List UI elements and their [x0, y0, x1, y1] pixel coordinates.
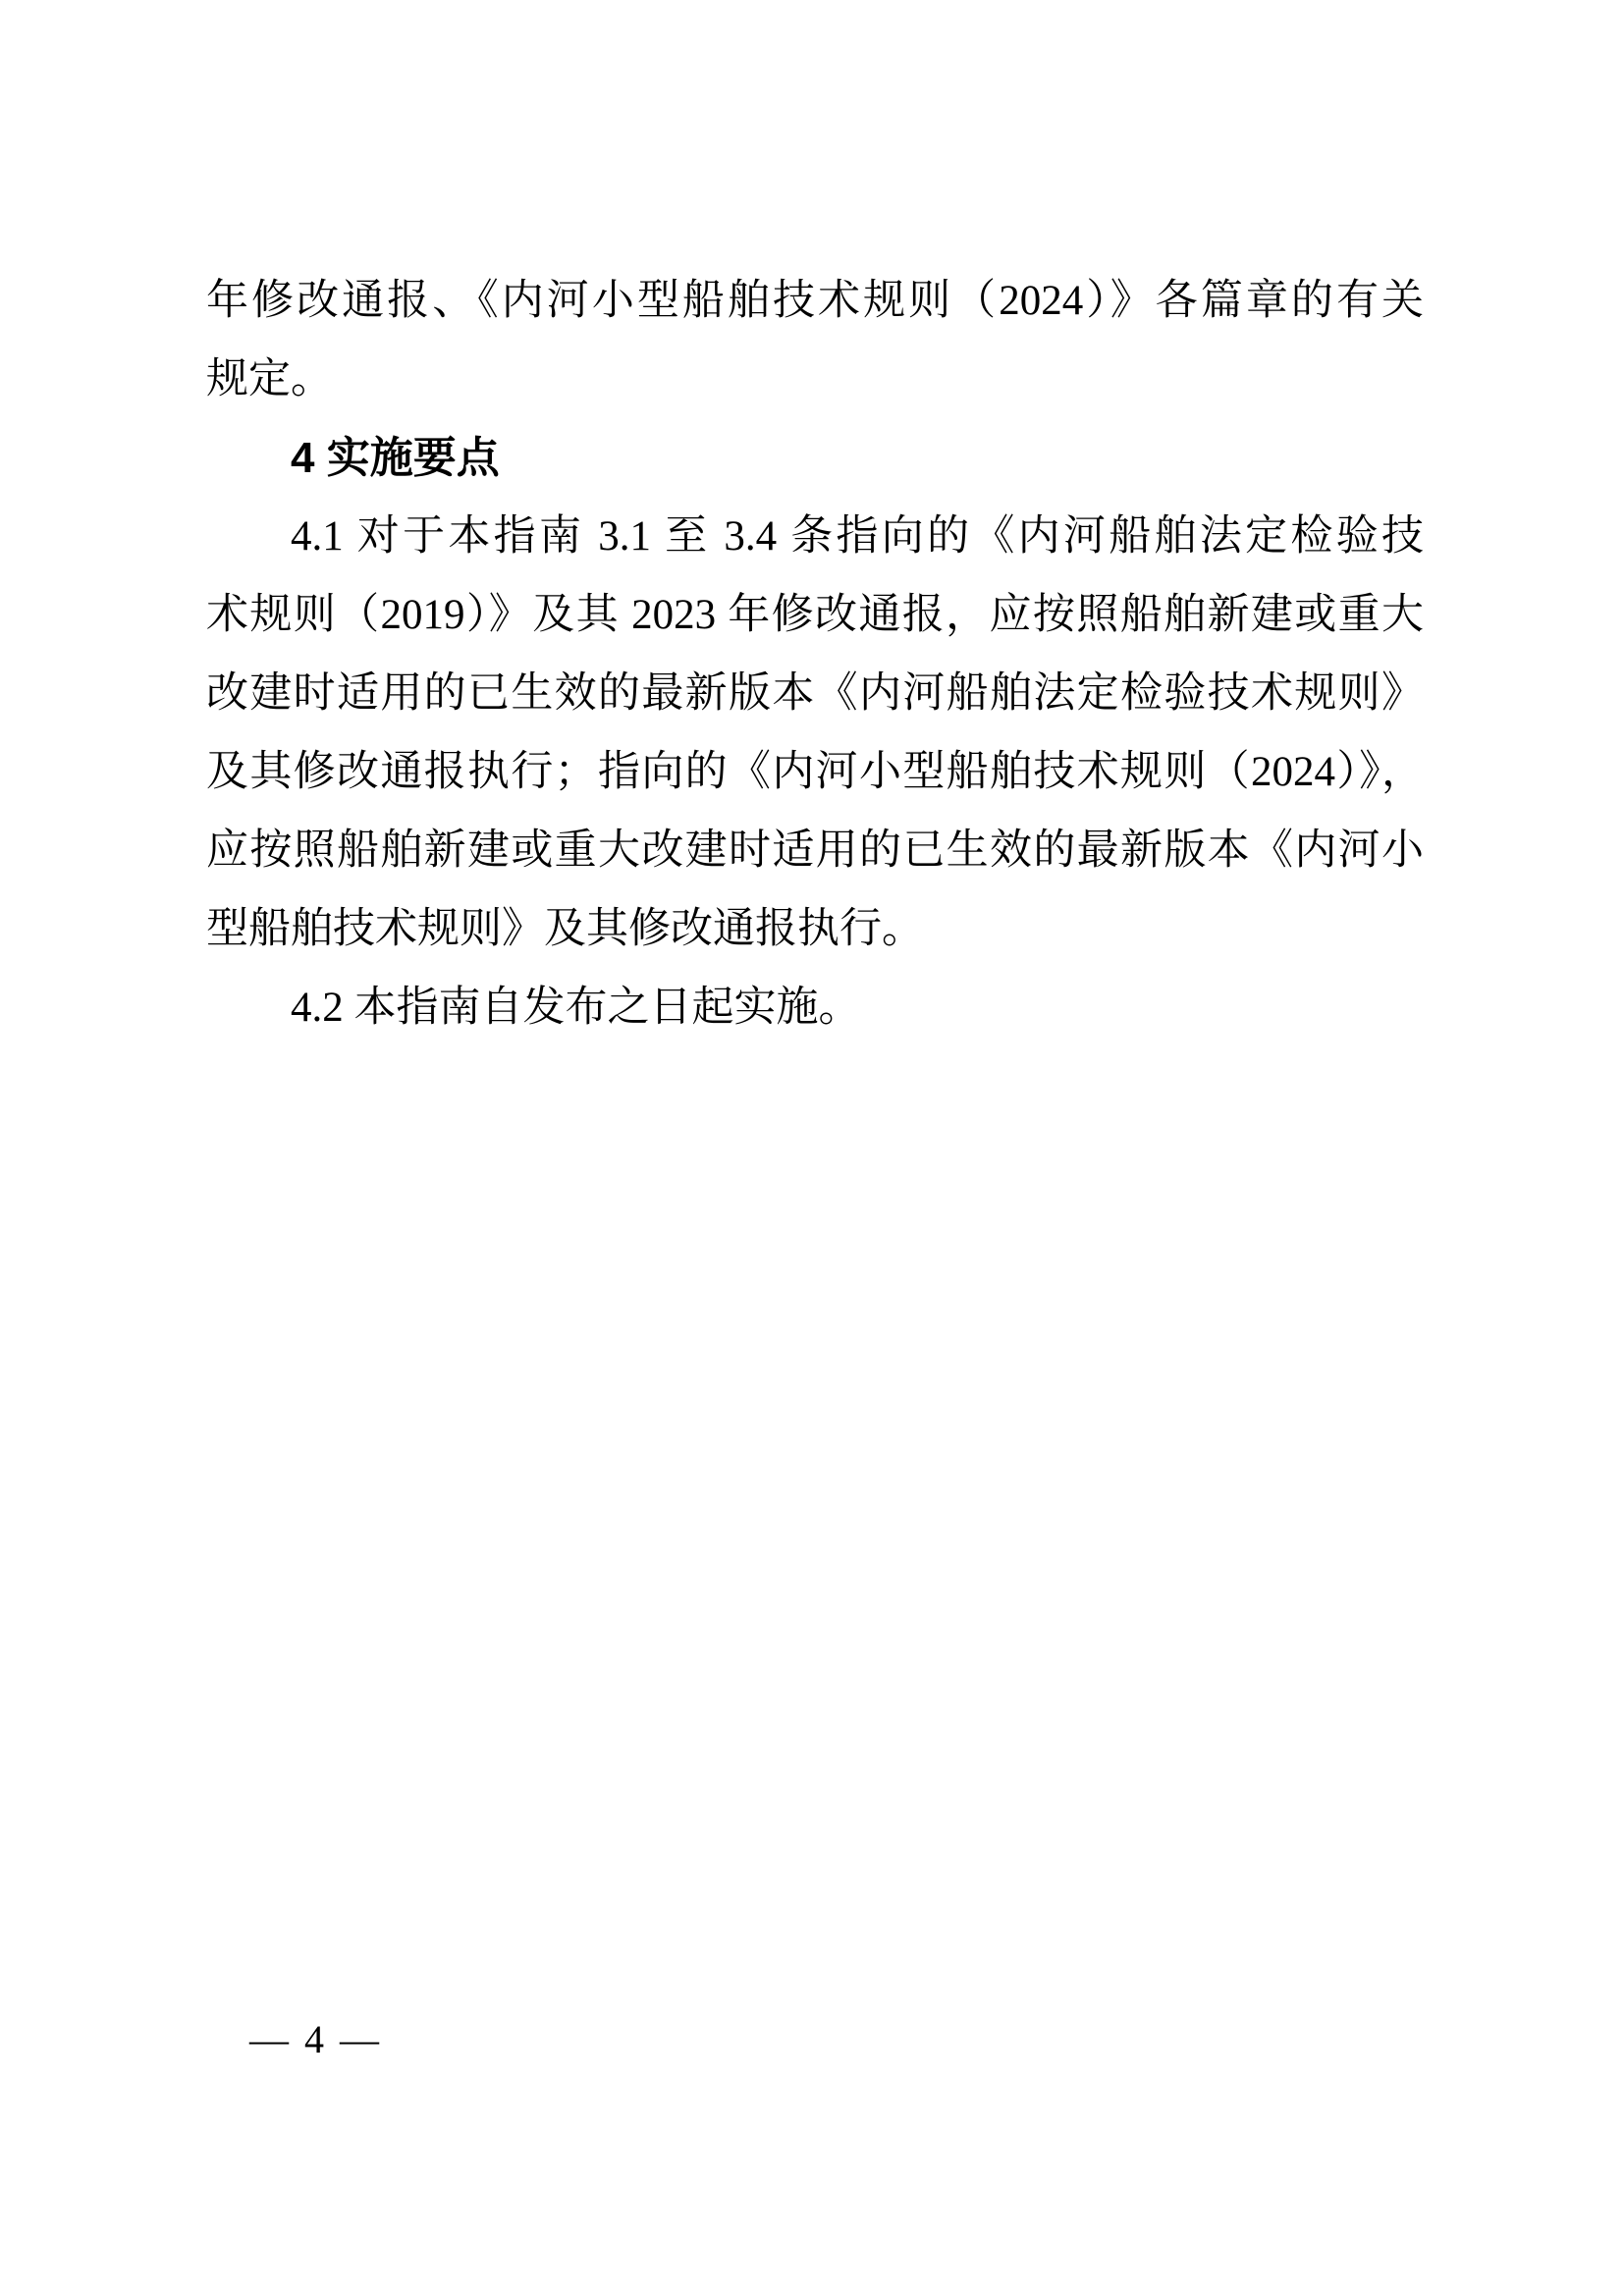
document-body: 年修改通报、《内河小型船舶技术规则（2024）》各篇章的有关 规定。 4 实施要… [206, 262, 1424, 1047]
clause-4-2-line: 4.2 本指南自发布之日起实施。 [206, 969, 1424, 1047]
clause-4-1-line-4: 及其修改通报执行；指向的《内河小型船舶技术规则（2024）》， [206, 733, 1424, 812]
continuation-paragraph-line-2: 规定。 [206, 341, 1424, 419]
continuation-paragraph-line-1: 年修改通报、《内河小型船舶技术规则（2024）》各篇章的有关 [206, 262, 1424, 341]
clause-4-1-line-3: 改建时适用的已生效的最新版本《内河船舶法定检验技术规则》 [206, 655, 1424, 733]
clause-4-1-line-2: 术规则（2019）》及其 2023 年修改通报，应按照船舶新建或重大 [206, 576, 1424, 655]
clause-4-1-line-5: 应按照船舶新建或重大改建时适用的已生效的最新版本《内河小 [206, 812, 1424, 890]
section-4-heading: 4 实施要点 [206, 419, 1424, 498]
clause-4-1-line-1: 4.1 对于本指南 3.1 至 3.4 条指向的《内河船舶法定检验技 [206, 498, 1424, 576]
document-page: 年修改通报、《内河小型船舶技术规则（2024）》各篇章的有关 规定。 4 实施要… [0, 0, 1624, 2296]
page-footer: — 4 — [249, 2018, 382, 2061]
page-number: — 4 — [249, 2017, 382, 2061]
clause-4-1-line-6: 型船舶技术规则》及其修改通报执行。 [206, 890, 1424, 969]
